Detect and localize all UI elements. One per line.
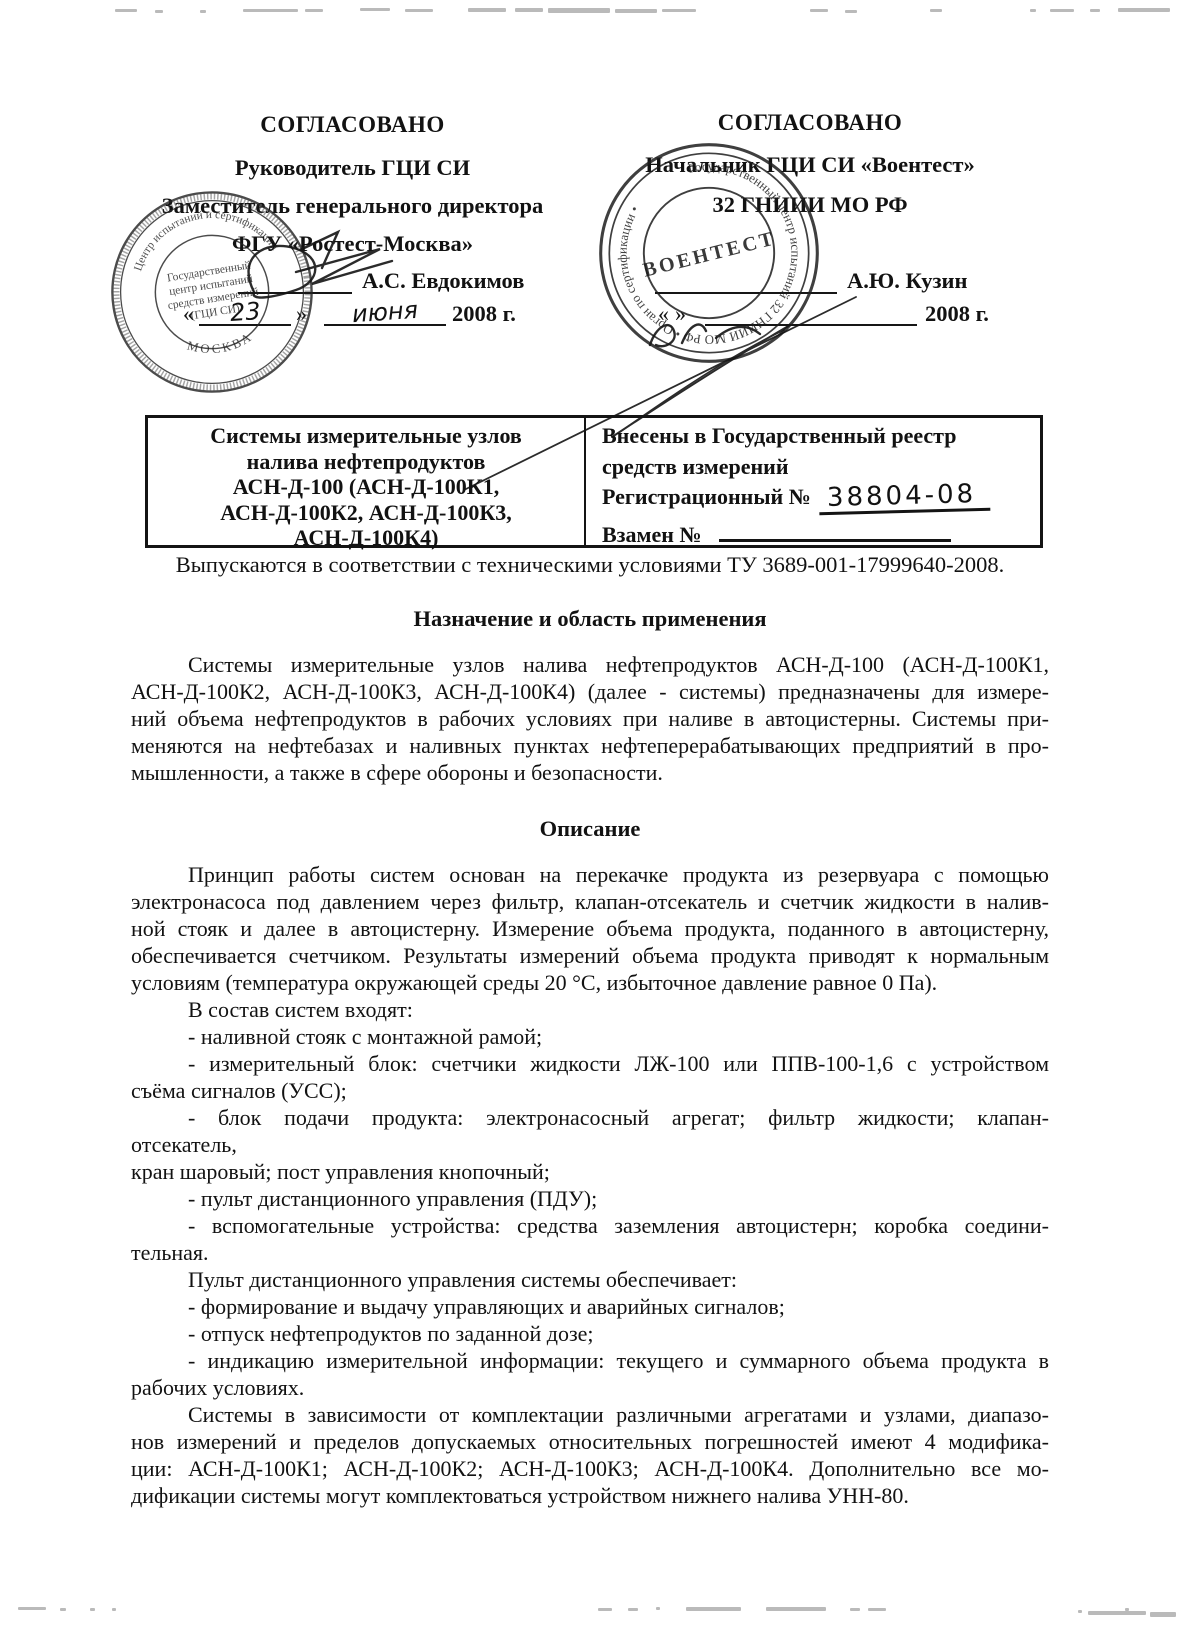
section-heading-purpose: Назначение и область применения — [131, 606, 1049, 632]
approved-heading: СОГЛАСОВАНО — [130, 112, 575, 138]
text-line: рабочих условиях. — [131, 1374, 1049, 1401]
text-line: нов измерений и пределов допускаемых отн… — [131, 1428, 1049, 1455]
replaces-blank-line — [719, 513, 951, 542]
text-line: Системы измерительные узлов налива нефте… — [131, 651, 1049, 678]
text-line: меняются на нефтебазах и наливных пункта… — [131, 732, 1049, 759]
text-line: Системы в зависимости от комплектации ра… — [131, 1401, 1049, 1428]
text-line: электронасоса под давлением через фильтр… — [131, 888, 1049, 915]
text-line: Пульт дистанционного управления системы … — [131, 1266, 1049, 1293]
handwritten-registration-number: 38804-08 — [818, 480, 990, 514]
date-month-line: июня — [324, 300, 446, 326]
date-year: 2008 г. — [925, 301, 989, 326]
instrument-name-line: налива нефтепродуктов — [148, 449, 584, 475]
text-line: отсекатель, — [131, 1131, 1049, 1158]
text-line: обеспечивается счетчиком. Результаты изм… — [131, 942, 1049, 969]
text-line: - блок подачи продукта: электронасосный … — [131, 1104, 1049, 1131]
text-line: - вспомогательные устройства: средства з… — [131, 1212, 1049, 1239]
text-line: дификации системы могут комплектоваться … — [131, 1482, 1049, 1509]
approver-title: Руководитель ГЦИ СИ — [130, 155, 575, 181]
text-line: - пульт дистанционного управления (ПДУ); — [131, 1185, 1049, 1212]
text-line: условиям (температура окружающей среды 2… — [131, 969, 1049, 996]
registry-info-table: Системы измерительные узлов налива нефте… — [145, 415, 1043, 548]
section-heading-description: Описание — [131, 816, 1049, 842]
replaces-row: Взамен № — [602, 513, 1030, 551]
text-line: Принцип работы систем основан на перекач… — [131, 861, 1049, 888]
instrument-name-line: АСН-Д-100К2, АСН-Д-100К3, — [148, 500, 584, 526]
replaces-label: Взамен № — [602, 522, 702, 547]
text-line: ной стояк и далее в автоцистерну. Измере… — [131, 915, 1049, 942]
instrument-name-line: Системы измерительные узлов — [148, 423, 584, 449]
instrument-name-line: АСН-Д-100 (АСН-Д-100К1, — [148, 474, 584, 500]
text-line: АСН-Д-100К2, АСН-Д-100К3, АСН-Д-100К4) (… — [131, 678, 1049, 705]
stamp-ring-text-bottom: МОСКВА — [184, 328, 257, 361]
text-line: тельная. — [131, 1239, 1049, 1266]
section-body-purpose: Системы измерительные узлов налива нефте… — [131, 651, 1049, 786]
text-line: - наливной стояк с монтажной рамой; — [131, 1023, 1049, 1050]
registry-line: средств измерений — [602, 452, 1030, 483]
instrument-name-cell: Системы измерительные узлов налива нефте… — [148, 418, 586, 545]
text-line: мышленности, а также в сфере обороны и б… — [131, 759, 1049, 786]
text-line: кран шаровый; пост управления кнопочный; — [131, 1158, 1049, 1185]
registry-entry-cell: Внесены в Государственный реестр средств… — [586, 418, 1040, 545]
text-line: ции: АСН-Д-100К1; АСН-Д-100К2; АСН-Д-100… — [131, 1455, 1049, 1482]
approved-heading: СОГЛАСОВАНО — [575, 110, 1045, 136]
document-page: СОГЛАСОВАНО Руководитель ГЦИ СИ Заместит… — [0, 0, 1178, 1649]
text-line: - измерительный блок: счетчики жидкости … — [131, 1050, 1049, 1077]
text-line: - формирование и выдачу управляющих и ав… — [131, 1293, 1049, 1320]
text-line: В состав систем входят: — [131, 996, 1049, 1023]
text-line: - индикацию измерительной информации: те… — [131, 1347, 1049, 1374]
section-body-description: Принцип работы систем основан на перекач… — [131, 861, 1049, 1509]
text-line: съёма сигналов (УСС); — [131, 1077, 1049, 1104]
signer-name: А.Ю. Кузин — [847, 268, 967, 294]
registry-line: Внесены в Государственный реестр — [602, 421, 1030, 452]
date-year: 2008 г. — [452, 301, 516, 326]
signer-name: А.С. Евдокимов — [362, 268, 524, 294]
instrument-name-line: АСН-Д-100К4) — [148, 525, 584, 551]
release-note: Выпускаются в соответствии с техническим… — [131, 552, 1049, 578]
rostest-round-stamp: Центр испытаний и сертификации МОСКВА Го… — [91, 171, 334, 414]
registration-number-label: Регистрационный № — [602, 482, 811, 513]
stamp-center-text: ВОЕНТЕСТ — [641, 228, 778, 282]
text-line: ний объема нефтепродуктов в рабочих усло… — [131, 705, 1049, 732]
registration-number-row: Регистрационный № 38804-08 — [602, 482, 1030, 513]
text-line: - отпуск нефтепродуктов по заданной дозе… — [131, 1320, 1049, 1347]
handwritten-month: июня — [351, 299, 418, 326]
svg-text:МОСКВА: МОСКВА — [184, 328, 257, 361]
